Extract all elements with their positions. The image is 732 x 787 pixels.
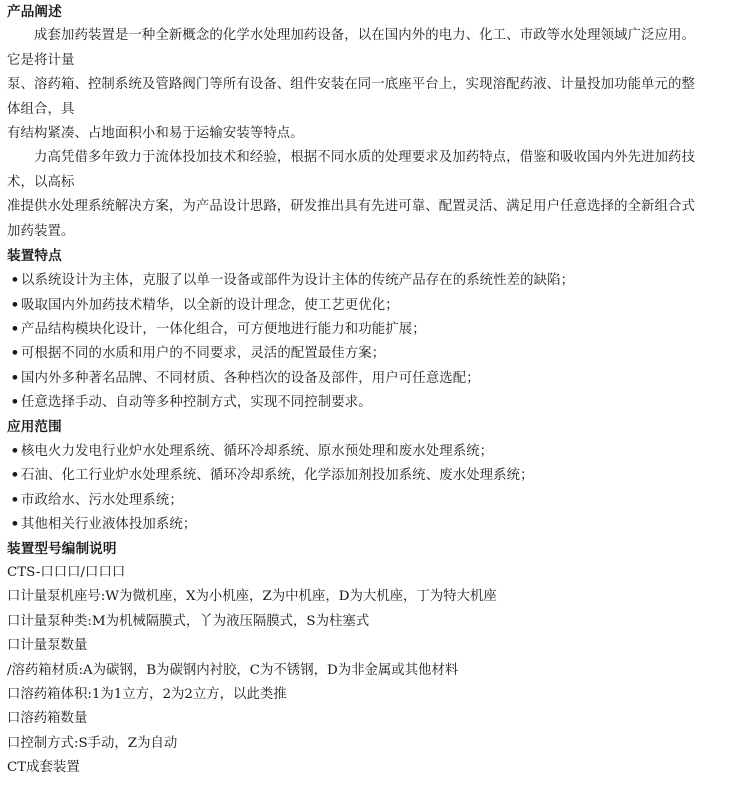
section-heading-overview: 产品阐述: [7, 0, 729, 24]
application-item: •市政给水、污水处理系统；: [7, 488, 729, 512]
bullet-icon: •: [9, 463, 21, 487]
model-code-pump-type: 口计量泵种类:M为机械隔膜式，丫为液压隔膜式，S为柱塞式: [7, 610, 729, 634]
feature-item-text: 可根据不同的水质和用户的不同要求，灵活的配置最佳方案；: [21, 346, 385, 361]
feature-item: •任意选择手动、自动等多种控制方式，实现不同控制要求。: [7, 390, 729, 414]
section-heading-model-code: 装置型号编制说明: [7, 537, 729, 561]
model-code-tank-material: /溶药箱材质:A为碳钢，B为碳钢内衬胶，C为不锈钢，D为非金属或其他材料: [7, 659, 729, 683]
bullet-icon: •: [9, 366, 21, 390]
overview-paragraph-2-line-2: 术，以高标: [7, 171, 729, 195]
application-item: •其他相关行业液体投加系统；: [7, 512, 729, 536]
section-heading-applications: 应用范围: [7, 415, 729, 439]
overview-paragraph-1-line-2: 它是将计量: [7, 49, 729, 73]
overview-paragraph-1-line-4: 体组合，具: [7, 98, 729, 122]
feature-item: •吸取国内外加药技术精华，以全新的设计理念，使工艺更优化；: [7, 293, 729, 317]
overview-paragraph-1-line-3: 泵、溶药箱、控制系统及管路阀门等所有设备、组件安装在同一底座平台上，实现溶配药液…: [7, 73, 729, 97]
section-heading-features: 装置特点: [7, 244, 729, 268]
model-code-ct-package: CT成套装置: [7, 756, 729, 780]
application-item-text: 市政给水、污水处理系统；: [21, 493, 183, 508]
overview-paragraph-1-line-1: 成套加药装置是一种全新概念的化学水处理加药设备，以在国内外的电力、化工、市政等水…: [7, 24, 729, 48]
application-item: •石油、化工行业炉水处理系统、循环冷却系统，化学添加剂投加系统、废水处理系统；: [7, 463, 729, 487]
feature-item-text: 国内外多种著名品牌、不同材质、各种档次的设备及部件，用户可任意选配；: [21, 371, 480, 386]
model-code-tank-count: 口溶药箱数量: [7, 707, 729, 731]
feature-item: •以系统设计为主体，克服了以单一设备或部件为设计主体的传统产品存在的系统性差的缺…: [7, 268, 729, 292]
feature-item: •国内外多种著名品牌、不同材质、各种档次的设备及部件，用户可任意选配；: [7, 366, 729, 390]
application-item: •核电火力发电行业炉水处理系统、循环冷却系统、原水预处理和废水处理系统；: [7, 439, 729, 463]
bullet-icon: •: [9, 488, 21, 512]
document-body: 产品阐述 成套加药装置是一种全新概念的化学水处理加药设备，以在国内外的电力、化工…: [7, 0, 729, 781]
application-item-text: 其他相关行业液体投加系统；: [21, 517, 196, 532]
bullet-icon: •: [9, 317, 21, 341]
model-code-pump-count: 口计量泵数量: [7, 634, 729, 658]
bullet-icon: •: [9, 293, 21, 317]
application-item-text: 核电火力发电行业炉水处理系统、循环冷却系统、原水预处理和废水处理系统；: [21, 444, 493, 459]
application-item-text: 石油、化工行业炉水处理系统、循环冷却系统，化学添加剂投加系统、废水处理系统；: [21, 468, 534, 483]
feature-item-text: 任意选择手动、自动等多种控制方式，实现不同控制要求。: [21, 395, 372, 410]
feature-item: •可根据不同的水质和用户的不同要求，灵活的配置最佳方案；: [7, 341, 729, 365]
model-code-tank-volume: 口溶药箱体积:1为1立方，2为2立方，以此类推: [7, 683, 729, 707]
model-code-pattern: CTS-口口口/口口口: [7, 561, 729, 585]
feature-item-text: 以系统设计为主体，克服了以单一设备或部件为设计主体的传统产品存在的系统性差的缺陷…: [21, 273, 574, 288]
overview-paragraph-1-line-5: 有结构紧凑、占地面积小和易于运输安装等特点。: [7, 122, 729, 146]
overview-paragraph-2-line-4: 加药装置。: [7, 220, 729, 244]
model-code-pump-base: 口计量泵机座号:W为微机座，X为小机座，Z为中机座，D为大机座，丁为特大机座: [7, 585, 729, 609]
bullet-icon: •: [9, 390, 21, 414]
bullet-icon: •: [9, 341, 21, 365]
overview-paragraph-2-line-3: 准提供水处理系统解决方案，为产品设计思路，研发推出具有先进可靠、配置灵活、满足用…: [7, 195, 729, 219]
bullet-icon: •: [9, 512, 21, 536]
model-code-control-mode: 口控制方式:S手动，Z为自动: [7, 732, 729, 756]
overview-paragraph-2-line-1: 力高凭借多年致力于流体投加技术和经验，根据不同水质的处理要求及加药特点，借鉴和吸…: [7, 146, 729, 170]
feature-item-text: 产品结构模块化设计，一体化组合，可方便地进行能力和功能扩展；: [21, 322, 426, 337]
feature-item: •产品结构模块化设计，一体化组合，可方便地进行能力和功能扩展；: [7, 317, 729, 341]
bullet-icon: •: [9, 268, 21, 292]
bullet-icon: •: [9, 439, 21, 463]
feature-item-text: 吸取国内外加药技术精华，以全新的设计理念，使工艺更优化；: [21, 298, 399, 313]
